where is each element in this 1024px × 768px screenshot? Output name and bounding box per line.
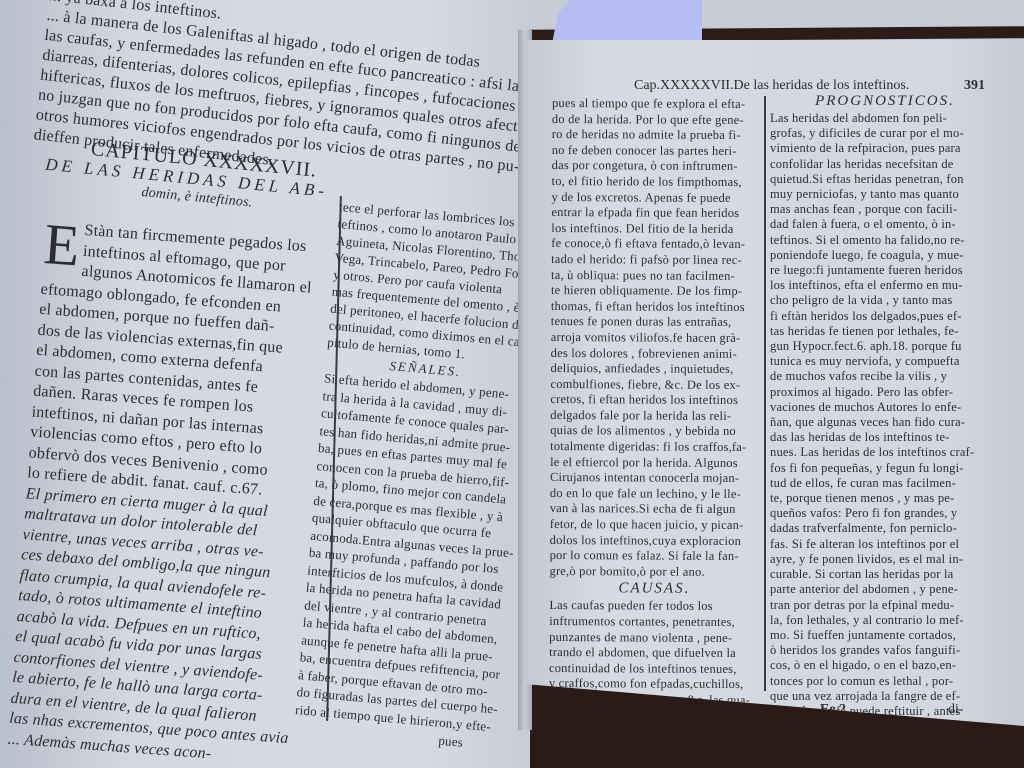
text-line: nues. Las heridas de los inteftinos craf…	[770, 445, 1000, 460]
text-line: trando el abdomen, que difuelven la	[549, 645, 759, 662]
text-line: le el eftiercol por la herida. Algunos	[550, 455, 760, 472]
text-line: combulfiones, fiebre, &c. De los ex-	[550, 377, 760, 394]
section-heading-causas: CAUSAS.	[549, 579, 759, 599]
text-line: los inteftinos, efta el enfermo en mu-	[770, 278, 1000, 293]
text-line: Las caufas pueden fer todos los	[549, 598, 759, 615]
text-line: deliquios, anfiedades , inquietudes,	[551, 361, 761, 378]
text-line: fos fi fon pequeñas, y fegun fu longi-	[770, 461, 1000, 476]
text-line: poniendofe luego, fe coagula, y mue-	[770, 248, 1000, 263]
right-column-2: PROGNOSTICOS. Las heridas del abdomen fo…	[770, 92, 1000, 719]
text-line: y craffos,como fon efpadas,cuchillos,	[549, 676, 759, 693]
text-line: ñan, que algunas veces han fido cura-	[770, 415, 1000, 430]
drop-cap: E	[42, 220, 81, 270]
text-line: muy perniciofas, y tanto mas quanto	[770, 187, 1000, 202]
signature-mark: Ee 2	[820, 702, 846, 718]
text-line: fi eftàn heridos los delgados,pues ef-	[770, 309, 1000, 324]
text-line: inftrumentos cortantes, penetrantes,	[549, 614, 759, 631]
text-line: gun Hypocr.fect.6. aph.18. porque fu	[770, 339, 1000, 354]
text-line: no fe deben conocer las partes heri-	[552, 143, 762, 160]
text-line: les pueden difolver el continuo de	[549, 708, 759, 725]
text-line: cuchillas, valas de plomo, &c. las qua-	[549, 692, 759, 709]
text-line: fe conoce,ò fi eftava fentado,ò levan-	[551, 236, 761, 253]
text-line: vaciones de muchos Autores lo enfe-	[770, 400, 1000, 415]
text-line: continuidad de los inteftinos tenues,	[549, 661, 759, 678]
section-heading-prognosticos: PROGNOSTICOS.	[770, 92, 1000, 111]
text-line: proximos al higado. Pero las obfer-	[770, 385, 1000, 400]
text-line: dad falen à fuera, o el omento, ò in-	[770, 217, 1000, 232]
right-page: Cap.XXXXXVII.De las heridas de los intef…	[524, 40, 1024, 740]
text-line: das las heridas de los inteftinos te-	[770, 430, 1000, 445]
paper-bookmark	[552, 0, 702, 44]
text-line: cos, ò en el higado, o en el bazo,en-	[770, 658, 1000, 673]
text-line: do en lo que fale un lechino, y le lle-	[550, 486, 760, 503]
text-line: tas heridas fe tienen por lethales, fe-	[770, 324, 1000, 339]
text-line: queños vafos: Pero fi fon grandes, y	[770, 506, 1000, 521]
left-column-1: E Stàn tan fircmemente pegados losinteft…	[7, 218, 335, 768]
text-line: tenues fe ponen duras las entrañas,	[551, 314, 761, 331]
text-line: tos vafos no fe puede reftituir , antes	[770, 704, 1000, 719]
text-line: pues al tiempo que fe explora el efta-	[552, 96, 762, 113]
text-line: ta, ù obliqua: pues no tan facilmen-	[551, 268, 761, 285]
text-line: des los dolores , fobrevienen animi-	[551, 345, 761, 362]
text-line: tran por detras por la efpinal medu-	[770, 598, 1000, 613]
text-line: totalmente digeridas: fi los craffos,fa-	[550, 439, 760, 456]
text-line: confolidar las heridas necefsitan de	[770, 157, 1000, 172]
text-line: van à las narices.Si echa de fi algun	[550, 501, 760, 518]
catchword: di-	[948, 702, 964, 718]
text-line: por lo comun es falaz. Si fale la fan-	[550, 548, 760, 565]
text-line: do de la herida. Por lo que efte gene-	[552, 112, 762, 129]
text-line: re luego:fi juntamente fueren heridos	[770, 263, 1000, 278]
text-line: de muchos vafos recibe la vilis , y	[770, 369, 1000, 384]
text-line: te, porque tienen menos , y mas pe-	[770, 491, 1000, 506]
text-line: curable. Si cortan las heridas por la	[770, 567, 1000, 582]
text-line: cho peligro de la vida , y tanto mas	[770, 293, 1000, 308]
text-line: fas. Si fe alteran los inteftinos por el	[770, 537, 1000, 552]
text-line: das por congetura, ò con inftrumen-	[552, 158, 762, 175]
text-line: y de los excretos. Apenas fe puede	[551, 190, 761, 207]
text-line: dolos los inteftinos,cuya exploracion	[550, 533, 760, 550]
text-line: que una vez arrojada la fangre de ef-	[770, 689, 1000, 704]
text-line: otras partes.	[549, 723, 759, 740]
text-line: tado el herido: fi pafsò por linea rec-	[551, 252, 761, 269]
text-line: teftinos. Si el omento ha falido,no re-	[770, 233, 1000, 248]
left-page: ... ya baxa à los inteftinos.... à la ma…	[0, 0, 530, 768]
text-line: to, el fitio herido de los fimpthomas,	[552, 174, 762, 191]
column-rule	[764, 96, 766, 691]
text-line: ayre, y fe ponen lividos, es el mal in-	[770, 552, 1000, 567]
right-column-1: pues al tiempo que fe explora el efta-do…	[549, 96, 762, 740]
text-line: fetor, de lo que hacen juicio, y pican-	[550, 517, 760, 534]
text-line: parte anterior del abdomen , y pene-	[770, 582, 1000, 597]
text-line: arroja vomitos viliofos.fe hacen grà-	[551, 330, 761, 347]
text-line: vimiento de la refpiracion, pues para	[770, 141, 1000, 156]
text-line: Las heridas del abdomen fon peli-	[770, 111, 1000, 126]
text-line: ro de heridas no admite la prueba fi-	[552, 127, 762, 144]
text-line: quias de los alimentos , y bebida no	[550, 423, 760, 440]
text-line: mo. Si fueffen juntamente cortados,	[770, 628, 1000, 643]
text-line: quietud.Si eftas heridas penetran, fon	[770, 172, 1000, 187]
text-line: tunica es muy nerviofa, y compuefta	[770, 354, 1000, 369]
text-line: punzantes de mano violenta , pene-	[549, 630, 759, 647]
text-line: ò heridos los grandes vafos fanguifi-	[770, 643, 1000, 658]
text-line: Cirujanos intentan conocerla mojan-	[550, 470, 760, 487]
text-line: entrar la efpada fin que fean heridos	[551, 205, 761, 222]
text-line: cretos, fi eftan heridos los inteftinos	[550, 392, 760, 409]
text-line: te hieren obliquamente. De los fimp-	[551, 283, 761, 300]
text-line: la, fon lethales, y al contrario lo mef-	[770, 613, 1000, 628]
text-line: dadas trafverfalmente, fon perniclo-	[770, 521, 1000, 536]
text-line: gre,ò por bomito,ò por el ano.	[549, 564, 759, 581]
text-line: tud de ellos, fe curan mas facilmen-	[770, 476, 1000, 491]
text-line: thomas, fi eftan heridos los inteftinos	[551, 299, 761, 316]
text-line: grofas, y dificiles de curar por el mo-	[770, 126, 1000, 141]
text-line: tonces por lo comun es lethal , por-	[770, 674, 1000, 689]
text-line: mas anchas fean , porque con facili-	[770, 202, 1000, 217]
text-line: delgados fale por la herida las reli-	[550, 408, 760, 425]
text-line: los inteftinos. Del fitio de la herida	[551, 221, 761, 238]
